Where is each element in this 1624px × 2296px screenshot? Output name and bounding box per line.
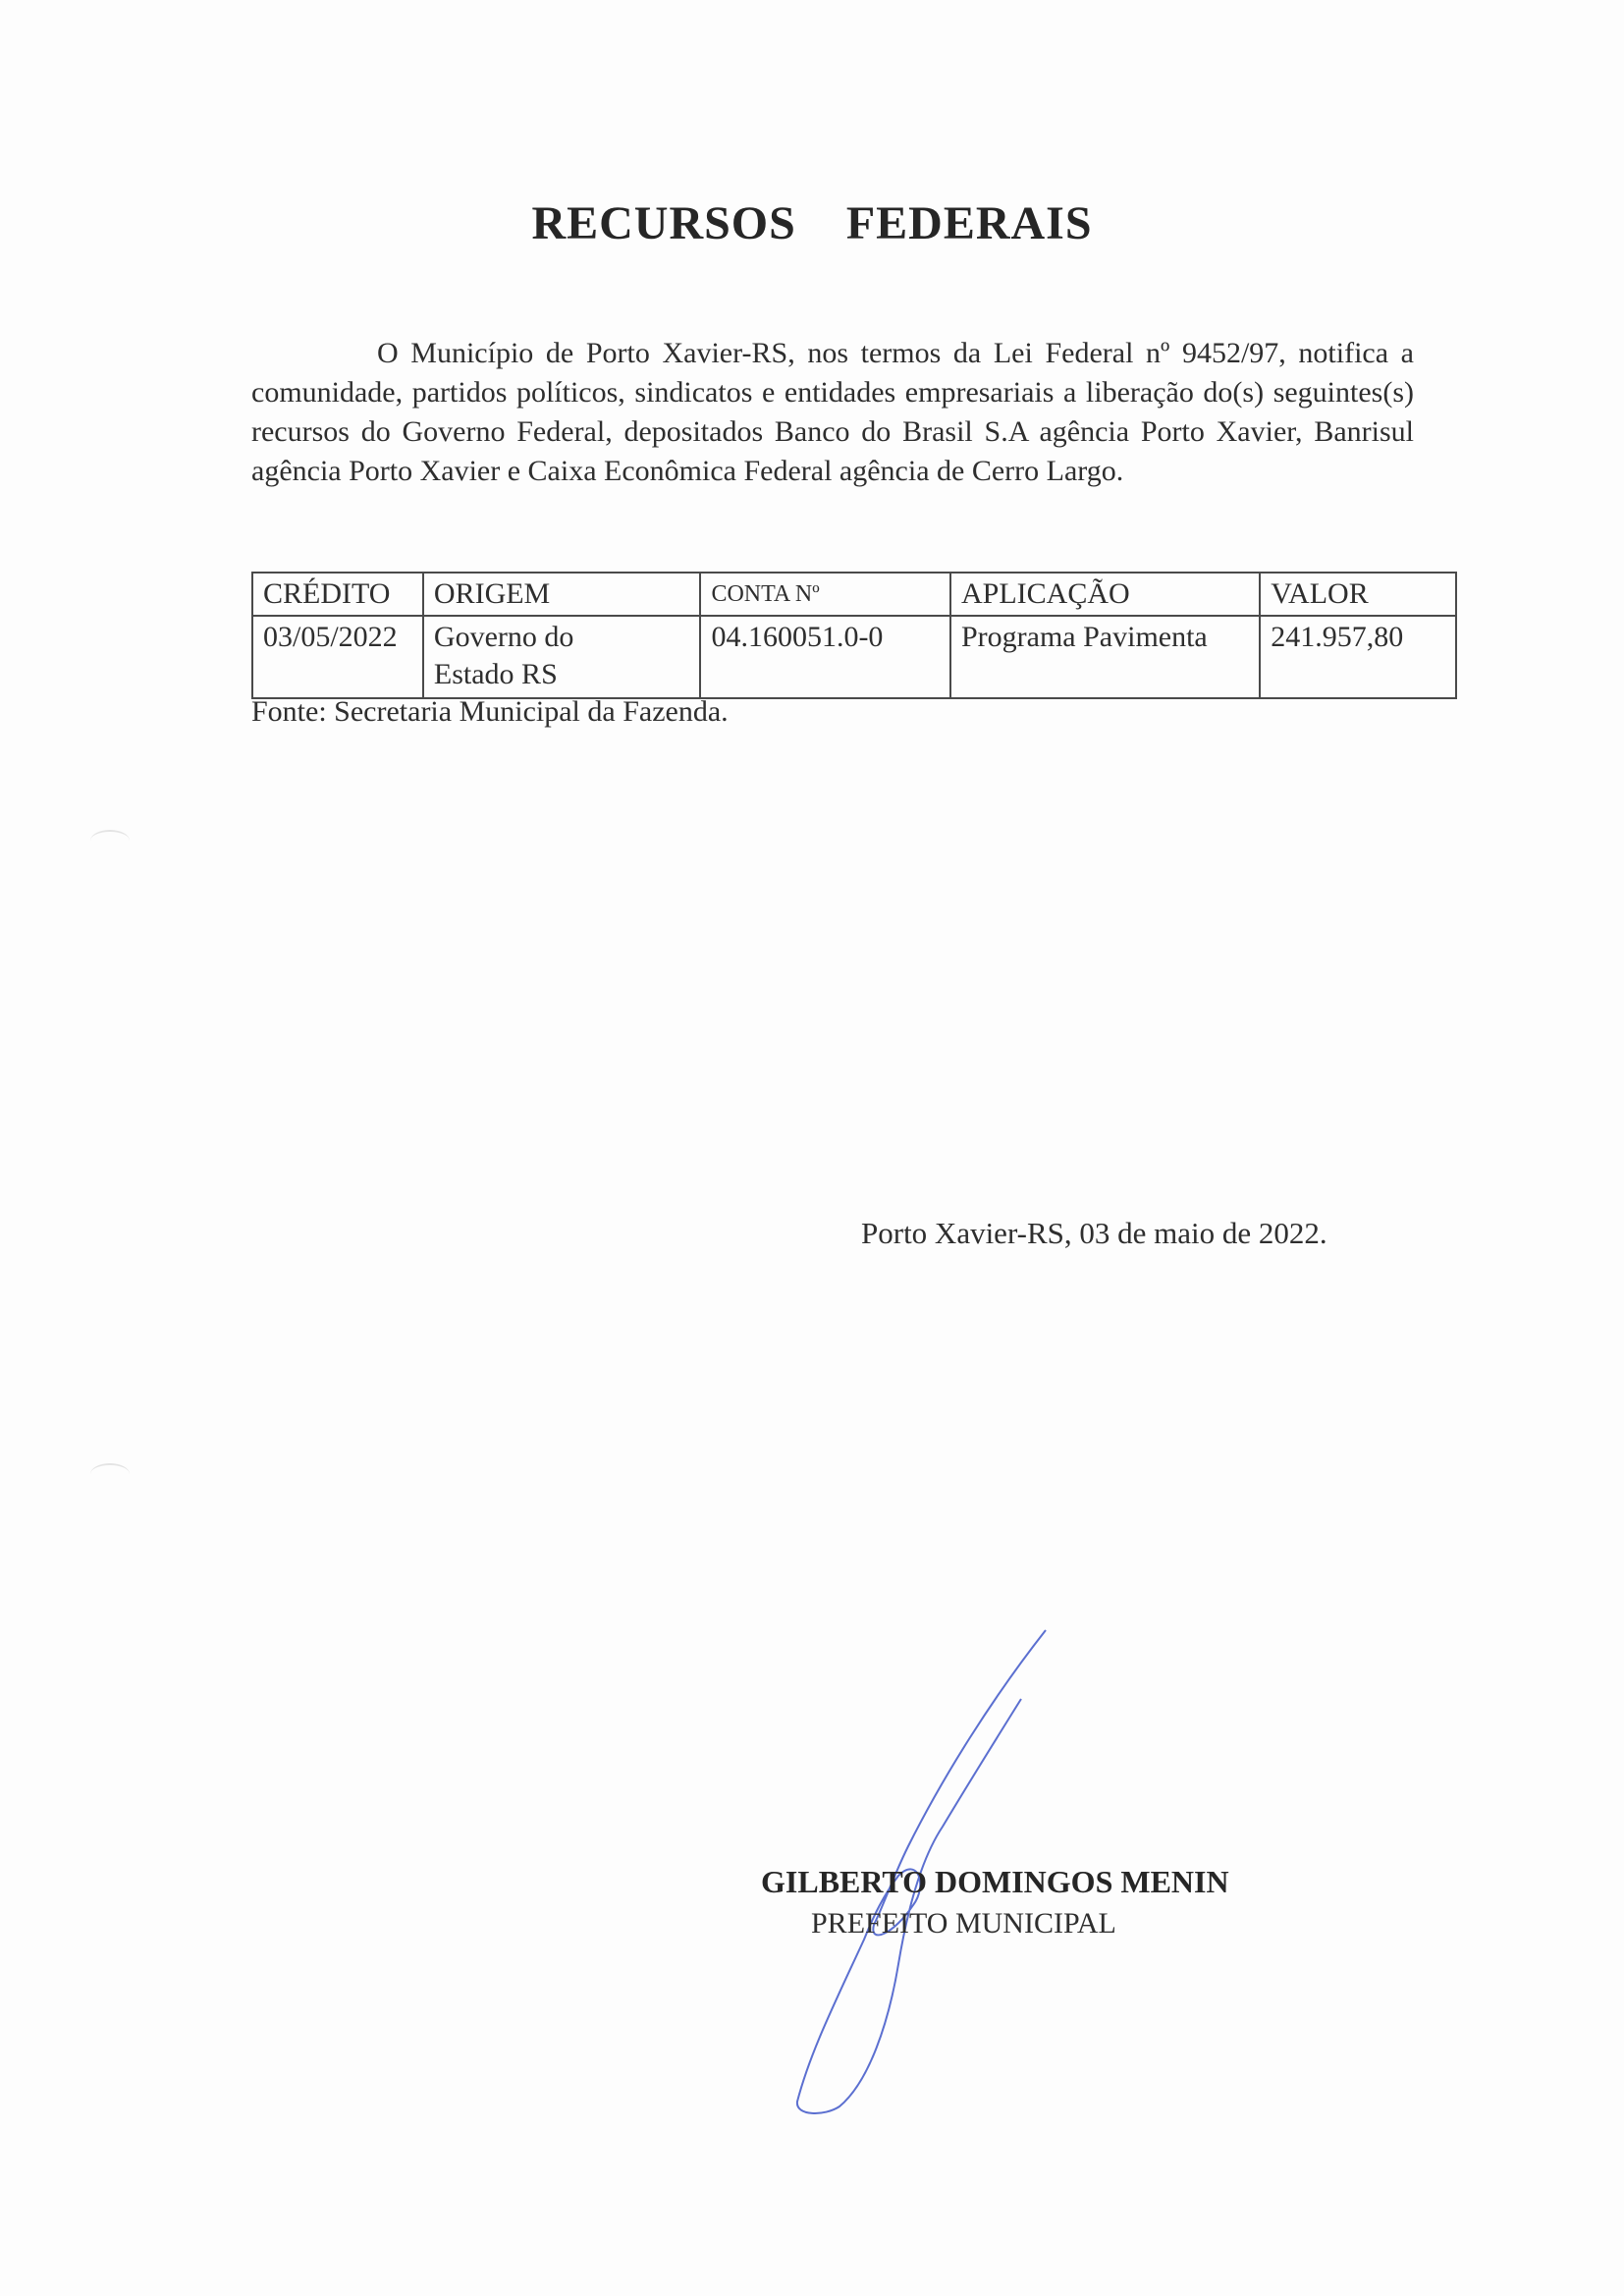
header-origem: ORIGEM	[423, 573, 701, 616]
source-note: Fonte: Secretaria Municipal da Fazenda.	[251, 695, 729, 729]
signatory-role: PREFEITO MUNICIPAL	[811, 1907, 1116, 1941]
header-valor: VALOR	[1260, 573, 1456, 616]
signatory-name: GILBERTO DOMINGOS MENIN	[761, 1864, 1229, 1900]
scan-mark	[90, 1463, 130, 1485]
cell-valor: 241.957,80	[1260, 616, 1456, 698]
header-conta: CONTA Nº	[700, 573, 950, 616]
place-date: Porto Xavier-RS, 03 de maio de 2022.	[861, 1216, 1327, 1251]
notice-text: O Município de Porto Xavier-RS, nos term…	[251, 337, 1414, 487]
page-title: RECURSOS FEDERAIS	[0, 196, 1624, 250]
cell-conta: 04.160051.0-0	[700, 616, 950, 698]
cell-credito: 03/05/2022	[252, 616, 423, 698]
scan-mark	[90, 830, 130, 851]
document-page: RECURSOS FEDERAIS O Município de Porto X…	[0, 0, 1624, 2296]
header-credito: CRÉDITO	[252, 573, 423, 616]
cell-aplicacao: Programa Pavimenta	[950, 616, 1260, 698]
notice-paragraph: O Município de Porto Xavier-RS, nos term…	[251, 334, 1414, 491]
header-aplicacao: APLICAÇÃO	[950, 573, 1260, 616]
table-row: 03/05/2022 Governo do Estado RS 04.16005…	[252, 616, 1456, 698]
cell-origem: Governo do Estado RS	[423, 616, 701, 698]
resources-table: CRÉDITO ORIGEM CONTA Nº APLICAÇÃO VALOR …	[251, 572, 1457, 699]
table-header-row: CRÉDITO ORIGEM CONTA Nº APLICAÇÃO VALOR	[252, 573, 1456, 616]
